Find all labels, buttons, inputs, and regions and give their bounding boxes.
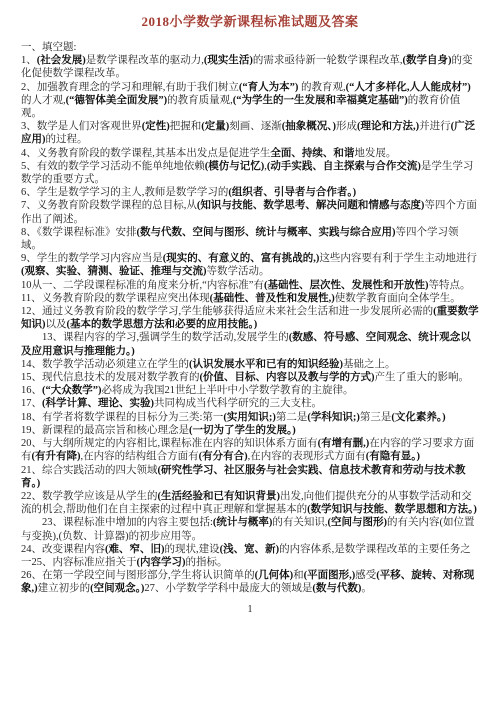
answer-text: (现实生活) bbox=[204, 55, 253, 66]
answer-text: (难、窄、旧) bbox=[105, 544, 165, 555]
question-text: 等特点。 bbox=[428, 280, 470, 291]
question-text: 建立初步的 bbox=[38, 583, 91, 594]
question-text: 的有关知识, bbox=[272, 517, 327, 528]
questions-list: 1、(社会发展)是数学课程改革的驱动力,(现实生活)的需求亟待新一轮数学课程改革… bbox=[21, 54, 479, 595]
question-text: 感受 bbox=[355, 570, 376, 581]
question-item: 18、有学者将数学课程的目标分为三类:第一(实用知识;)第二是(学科知识;)第三… bbox=[21, 411, 479, 424]
answer-text: (实用知识;) bbox=[223, 412, 276, 423]
question-text: 的指标。 bbox=[186, 557, 228, 568]
question-text: 2、加强教育理念的学习和理解,有助于我们树立 bbox=[21, 82, 239, 93]
question-text: 的人才观, bbox=[21, 95, 66, 106]
question-text: 刻画、逐渐 bbox=[229, 121, 282, 132]
question-text: 24、改变课程内容 bbox=[21, 544, 105, 555]
question-text: 15、现代信息技术的发展对数学教育的 bbox=[21, 372, 200, 383]
question-item: 4、义务教育阶段的数学课程,其基本出发点是促进学生全面、持续、和谐地发展。 bbox=[21, 147, 479, 160]
question-text: 10从一、二学段课程标准的角度来分析,“内容标准”有 bbox=[21, 280, 264, 291]
answer-text: (有升有降) bbox=[32, 451, 81, 462]
question-text: 13、课程内容的学习,强调学生的数学活动,发展学生的 bbox=[42, 332, 289, 343]
answer-text: (定量) bbox=[201, 121, 229, 132]
question-text: 把握和 bbox=[170, 121, 202, 132]
answer-text: (社会发展) bbox=[37, 55, 86, 66]
question-text: 14、数学教学活动必须建立在学生的 bbox=[21, 359, 189, 370]
question-text: 的现状,建设 bbox=[165, 544, 220, 555]
question-item: 24、改变课程内容(难、窄、旧)的现状,建设(浅、宽、新)的内容体系,是数学课程… bbox=[21, 543, 479, 569]
document-page: 2018小学数学新课程标准试题及答案 一、填空题: 1、(社会发展)是数学课程改… bbox=[0, 0, 500, 707]
answer-text: (认识发展水平和已有的知识经验) bbox=[189, 359, 343, 370]
question-text: 21、综合实践活动的四大领域 bbox=[21, 465, 158, 476]
question-text: 地发展。 bbox=[354, 148, 396, 159]
question-text: ,在内容的结构组合方面有 bbox=[81, 451, 199, 462]
answer-text: (文化素养。) bbox=[391, 412, 445, 423]
question-text: ,在内容的表现形式方面有 bbox=[248, 451, 366, 462]
question-text: 的过程。 bbox=[46, 134, 88, 145]
question-text: 这些内容要有利于学生主动地进行 bbox=[319, 253, 477, 264]
question-item: 22、数学教学应该是从学生的(生活经验和已有知识背景)出发,向他们提供充分的从事… bbox=[21, 490, 479, 516]
document-title: 2018小学数学新课程标准试题及答案 bbox=[21, 14, 479, 30]
answer-text: (模仿与记忆) bbox=[205, 161, 265, 172]
question-text: 8、《数学课程标准》安排 bbox=[21, 227, 137, 238]
question-text: 形成 bbox=[336, 121, 357, 132]
question-text: 必将成为我国21世纪上半叶中小学数学教育的主旋律。 bbox=[102, 385, 354, 396]
answer-text: (观察、实验、猜测、验证、推理与交流) bbox=[21, 266, 207, 277]
question-text: 27、小学数学学科中最庞大的领域是 bbox=[144, 583, 312, 594]
question-text: 产生了重大的影响。 bbox=[375, 372, 470, 383]
question-item: 26、在第一学段空间与图形部分,学生将认识简单的(几何体)和(平面图形,)感受(… bbox=[21, 569, 479, 595]
answer-text: (数与代数、空间与图形、统计与概率、实践与综合应用) bbox=[137, 227, 396, 238]
answer-text: (基础性、层次性、发展性和开放性) bbox=[264, 280, 429, 291]
question-item: 1、(社会发展)是数学课程改革的驱动力,(现实生活)的需求亟待新一轮数学课程改革… bbox=[21, 54, 479, 80]
answer-text: (几何体) bbox=[255, 570, 294, 581]
question-text: 26、在第一学段空间与图形部分,学生将认识简单的 bbox=[21, 570, 255, 581]
question-item: 12、通过义务教育阶段的数学学习,学生能够获得适应未来社会生活和进一步发展所必需… bbox=[21, 305, 479, 331]
question-text: 6、学生是数学学习的主人,教师是数学学习的 bbox=[21, 187, 228, 198]
answer-text: (空间观念。) bbox=[90, 583, 144, 594]
answer-text: (“人才多样化,人人能成材”) bbox=[346, 82, 471, 93]
answer-text: (理论和方法,) bbox=[357, 121, 419, 132]
question-text: 等数学活动。 bbox=[207, 266, 270, 277]
question-item: 16、(“大众数学”)必将成为我国21世纪上半叶中小学数学教育的主旋律。 bbox=[21, 384, 479, 397]
question-item: 2、加强教育理念的学习和理解,有助于我们树立(“育人为本”) 的教育观,(“人才… bbox=[21, 81, 479, 121]
answer-text: 全面、持续、和谐 bbox=[270, 148, 354, 159]
answer-text: (组织者、引导者与合作者。) bbox=[228, 187, 356, 198]
answer-text: (数学自身) bbox=[403, 55, 452, 66]
answer-text: (基本的数学思想方法和必要的应用技能。) bbox=[67, 319, 258, 330]
question-item: 15、现代信息技术的发展对数学教育的(价值、目标、内容以及教与学的方式)产生了重… bbox=[21, 371, 479, 384]
question-text: 以及 bbox=[46, 319, 67, 330]
question-item: 23、课程标准中增加的内容主要包括:(统计与概率)的有关知识,(空间与图形)的有… bbox=[21, 516, 479, 542]
question-text: 23、课程标准中增加的内容主要包括: bbox=[42, 517, 213, 528]
question-item: 10从一、二学段课程标准的角度来分析,“内容标准”有(基础性、层次性、发展性和开… bbox=[21, 279, 479, 292]
answer-text: (有增有删,) bbox=[318, 438, 370, 449]
answer-text: (平面图形,) bbox=[304, 570, 356, 581]
question-item: 21、综合实践活动的四大领域(研究性学习、社区服务与社会实践、信息技术教育和劳动… bbox=[21, 464, 479, 490]
question-text: 的教育观, bbox=[298, 82, 345, 93]
question-text: 和 bbox=[293, 570, 304, 581]
question-text: 4、义务教育阶段的数学课程,其基本出发点是促进学生 bbox=[21, 148, 270, 159]
answer-text: (数学知识与技能、数学思想和方法。) bbox=[307, 504, 477, 515]
answer-text: (定性) bbox=[142, 121, 170, 132]
question-item: 9、学生的数学学习内容应当是(现实的、有意义的、富有挑战的,)这些内容要有利于学… bbox=[21, 252, 479, 278]
question-text: 12、通过义务教育阶段的数学学习,学生能够获得适应未来社会生活和进一步发展所必需… bbox=[21, 306, 433, 317]
question-text: 共同构成当代科学研究的三大支柱。 bbox=[154, 398, 322, 409]
answer-text: (动手实践、自主探索与合作交流) bbox=[267, 161, 421, 172]
question-item: 5、有效的数学学习活动不能单纯地依赖(模仿与记忆),(动手实践、自主探索与合作交… bbox=[21, 160, 479, 186]
page-number: 1 bbox=[21, 603, 479, 616]
question-text: 的教育质量观, bbox=[167, 95, 233, 106]
question-text: 的需求亟待新一轮数学课程改革, bbox=[253, 55, 403, 66]
answer-text: (数与代数) bbox=[312, 583, 361, 594]
question-text: 19、新课程的最高宗旨和核心理念是 bbox=[21, 425, 189, 436]
answer-text: (基础性、普及性和发展性,) bbox=[210, 293, 335, 304]
answer-text: (空间与图形) bbox=[328, 517, 388, 528]
answer-text: (有分有合) bbox=[199, 451, 248, 462]
question-text: 22、数学教学应该是从学生的 bbox=[21, 491, 158, 502]
question-text: 9、学生的数学学习内容应当是 bbox=[21, 253, 163, 264]
question-text: 18、有学者将数学课程的目标分为三类:第一 bbox=[21, 412, 223, 423]
question-text: 第三是 bbox=[360, 412, 392, 423]
question-text: 1、 bbox=[21, 55, 37, 66]
answer-text: (“育人为本”) bbox=[239, 82, 299, 93]
question-item: 13、课程内容的学习,强调学生的数学活动,发展学生的(数感、符号感、空间观念、统… bbox=[21, 331, 479, 357]
answer-text: (一切为了学生的发展。) bbox=[189, 425, 296, 436]
question-text: 7、义务教育阶段数学课程的总目标,从 bbox=[21, 200, 197, 211]
answer-text: (“为学生的一生发展和幸福奠定基础”) bbox=[233, 95, 408, 106]
answer-text: (“德智体美全面发展”) bbox=[66, 95, 168, 106]
question-text: 是数学课程改革的驱动力, bbox=[86, 55, 204, 66]
question-item: 8、《数学课程标准》安排(数与代数、空间与图形、统计与概率、实践与综合应用)等四… bbox=[21, 226, 479, 252]
answer-text: (浅、宽、新) bbox=[220, 544, 280, 555]
answer-text: (有隐有显。) bbox=[366, 451, 420, 462]
answer-text: (科学计算、理论、实验) bbox=[42, 398, 154, 409]
question-text: 并进行 bbox=[419, 121, 451, 132]
question-item: 14、数学教学活动必须建立在学生的(认识发展水平和已有的知识经验)基础之上。 bbox=[21, 358, 479, 371]
answer-text: (知识与技能、数学思考、解决问题和情感与态度) bbox=[197, 200, 425, 211]
answer-text: (“大众数学”) bbox=[42, 385, 102, 396]
answer-text: (价值、目标、内容以及教与学的方式) bbox=[200, 372, 375, 383]
answer-text: (统计与概率) bbox=[213, 517, 273, 528]
question-item: 20、与大纲所规定的内容相比,课程标准在内容的知识体系方面有(有增有删,)在内容… bbox=[21, 437, 479, 463]
question-text: 。 bbox=[361, 583, 372, 594]
question-text: 17、 bbox=[21, 398, 42, 409]
question-text: 5、有效的数学学习活动不能单纯地依赖 bbox=[21, 161, 205, 172]
question-text: 20、与大纲所规定的内容相比,课程标准在内容的知识体系方面有 bbox=[21, 438, 318, 449]
question-text: 第二是 bbox=[276, 412, 308, 423]
answer-text: (生活经验和已有知识背景) bbox=[158, 491, 281, 502]
answer-text: (抽象概况、) bbox=[282, 121, 336, 132]
answer-text: (学科知识;) bbox=[307, 412, 360, 423]
question-item: 6、学生是数学学习的主人,教师是数学学习的(组织者、引导者与合作者。) bbox=[21, 186, 479, 199]
answer-text: (内容学习) bbox=[137, 557, 186, 568]
question-text: 11、义务教育阶段的数学课程应突出体现 bbox=[21, 293, 210, 304]
question-text: 基础之上。 bbox=[343, 359, 396, 370]
question-item: 19、新课程的最高宗旨和核心理念是(一切为了学生的发展。) bbox=[21, 424, 479, 437]
section-heading: 一、填空题: bbox=[21, 41, 479, 54]
answer-text: (现实的、有意义的、富有挑战的,) bbox=[163, 253, 320, 264]
question-item: 17、(科学计算、理论、实验)共同构成当代科学研究的三大支柱。 bbox=[21, 397, 479, 410]
question-item: 3、数学是人们对客观世界(定性)把握和(定量)刻画、逐渐(抽象概况、)形成(理论… bbox=[21, 120, 479, 146]
question-text: 使数学教育面向全体学生。 bbox=[335, 293, 461, 304]
question-text: 16、 bbox=[21, 385, 42, 396]
question-item: 7、义务教育阶段数学课程的总目标,从(知识与技能、数学思考、解决问题和情感与态度… bbox=[21, 199, 479, 225]
question-item: 11、义务教育阶段的数学课程应突出体现(基础性、普及性和发展性,)使数学教育面向… bbox=[21, 292, 479, 305]
question-text: 3、数学是人们对客观世界 bbox=[21, 121, 142, 132]
